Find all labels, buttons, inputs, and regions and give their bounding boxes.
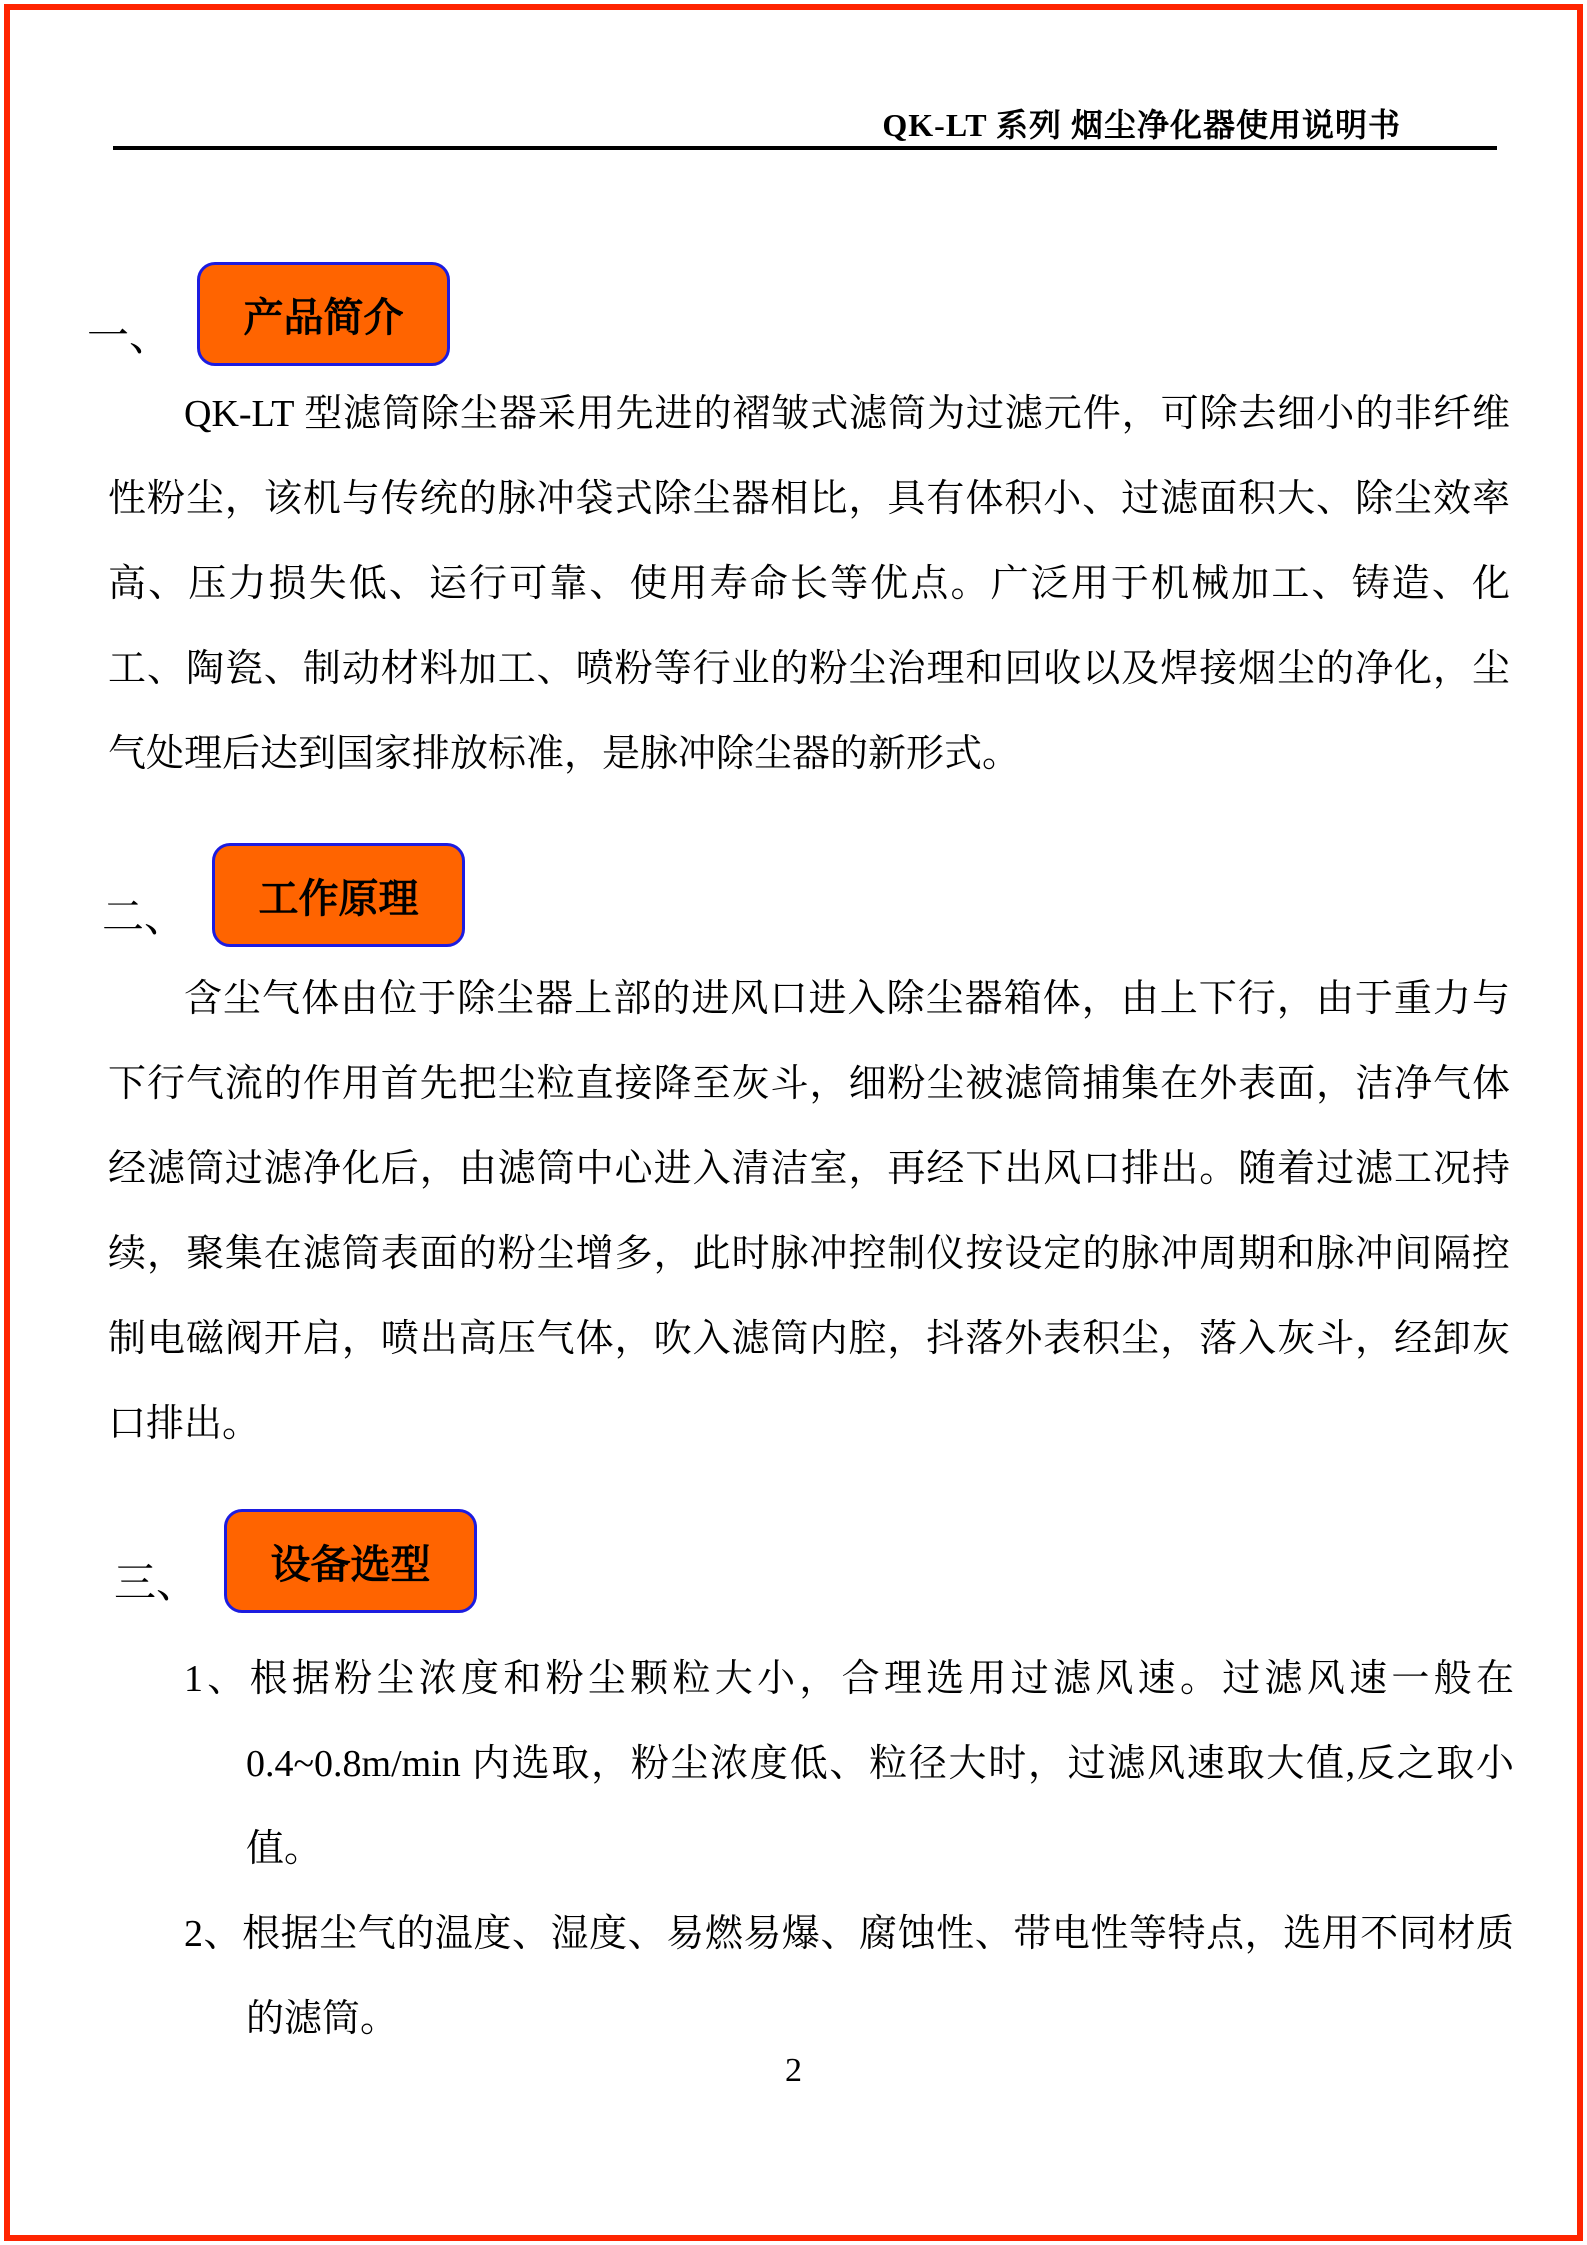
list-item-2-marker: 2、 [184,1913,242,1955]
section-2-paragraph: 含尘气体由位于除尘器上部的进风口进入除尘器箱体，由上下行，由于重力与下行气流的作… [108,957,1510,1467]
section-1-title-badge: 产品简介 [197,262,450,366]
selection-guideline-list: 1、根据粉尘浓度和粉尘颗粒大小，合理选用过滤风速。过滤风速一般在 0.4~0.8… [184,1637,1514,2062]
section-2-heading: 二、 工作原理 [102,843,465,947]
header-rule [113,146,1497,150]
header-title: QK-LT 系列 烟尘净化器使用说明书 [113,100,1401,146]
section-3-number: 三、 [114,1550,224,1610]
list-item: 2、根据尘气的温度、湿度、易燃易爆、腐蚀性、带电性等特点，选用不同材质的滤筒。 [184,1892,1514,2062]
section-2-number: 二、 [102,884,212,944]
section-1-paragraph: QK-LT 型滤筒除尘器采用先进的褶皱式滤筒为过滤元件，可除去细小的非纤维性粉尘… [108,372,1510,797]
list-item-1-marker: 1、 [184,1658,250,1700]
document-page: QK-LT 系列 烟尘净化器使用说明书 一、 产品简介 QK-LT 型滤筒除尘器… [0,0,1587,2245]
list-item: 1、根据粉尘浓度和粉尘颗粒大小，合理选用过滤风速。过滤风速一般在 0.4~0.8… [184,1637,1514,1892]
section-1-heading: 一、 产品简介 [87,262,450,366]
list-item-2-text: 根据尘气的温度、湿度、易燃易爆、腐蚀性、带电性等特点，选用不同材质的滤筒。 [242,1913,1514,2040]
page-number: 2 [0,2052,1587,2090]
list-item-1-text: 根据粉尘浓度和粉尘颗粒大小，合理选用过滤风速。过滤风速一般在 0.4~0.8m/… [246,1658,1514,1870]
section-1-number: 一、 [87,303,197,363]
section-3-heading: 三、 设备选型 [114,1509,477,1613]
section-3-title-badge: 设备选型 [224,1509,477,1613]
section-2-title-badge: 工作原理 [212,843,465,947]
